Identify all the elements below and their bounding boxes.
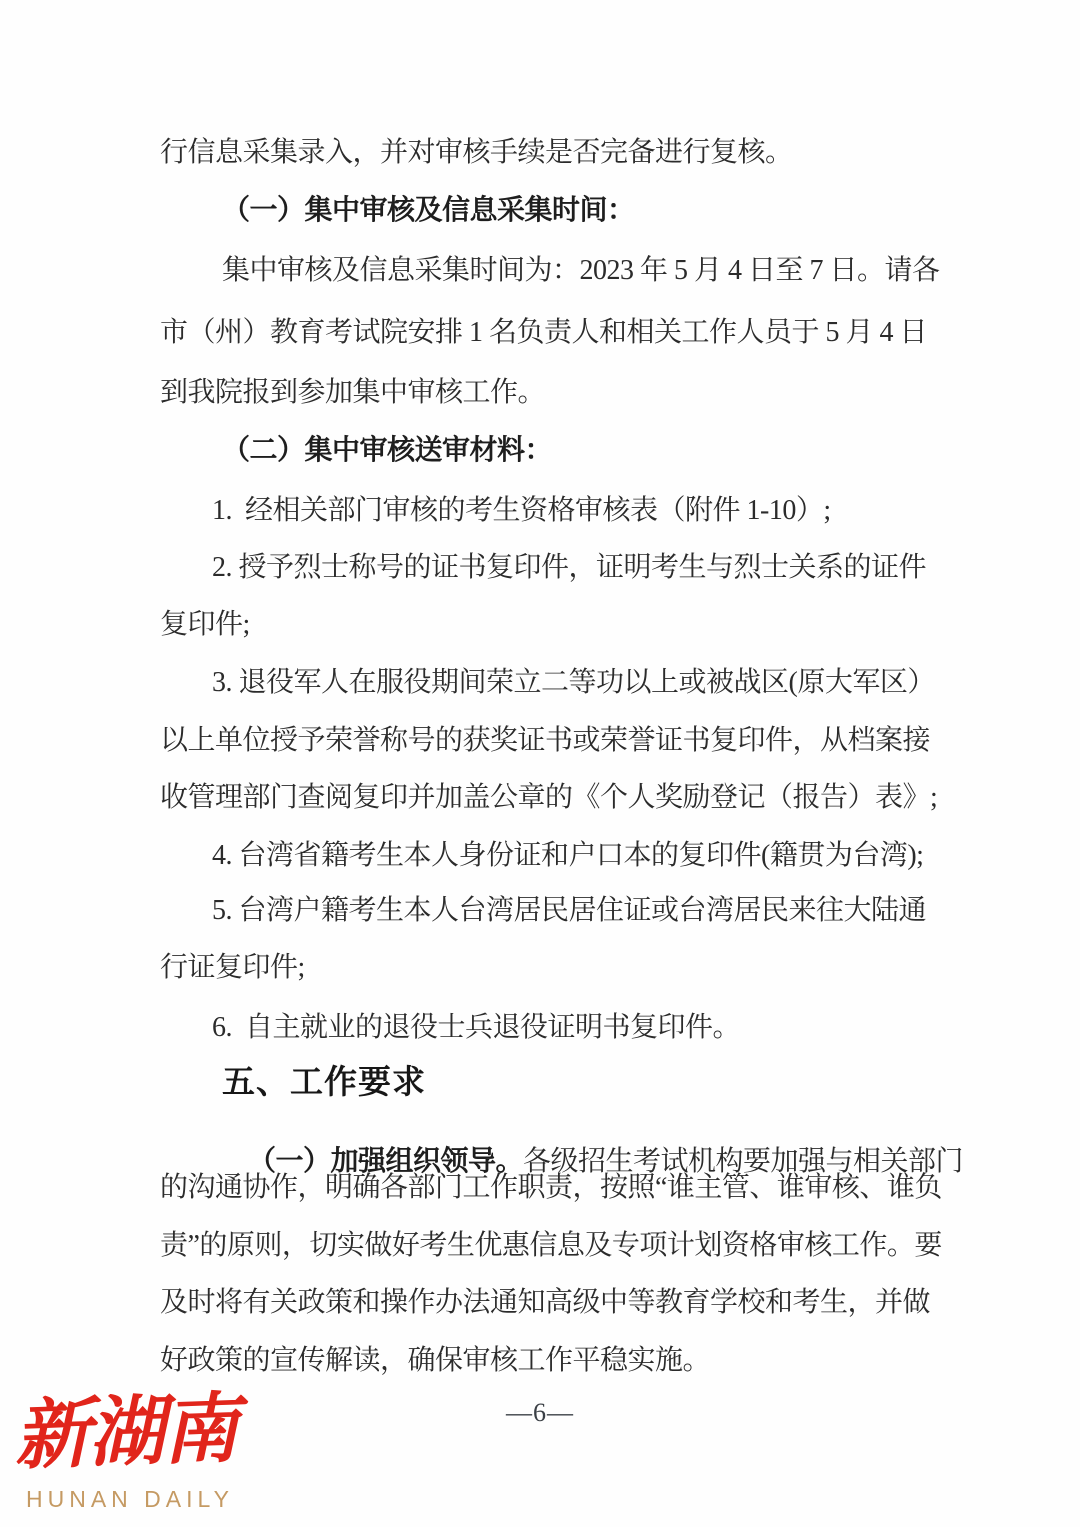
text-line: 及时将有关政策和操作办法通知高级中等教育学校和考生，并做 bbox=[160, 1280, 1020, 1320]
text-line: 好政策的宣传解读，确保审核工作平稳实施。 bbox=[160, 1338, 1020, 1378]
text-line: 的沟通协作，明确各部门工作职责，按照“谁主管、谁审核、谁负 bbox=[160, 1165, 1020, 1205]
logo-chinese-calligraphy: 新湖南 bbox=[13, 1383, 276, 1482]
section-heading-materials: （二）集中审核送审材料： bbox=[160, 428, 1080, 468]
section-heading-work-requirements: 五、工作要求 bbox=[160, 1056, 1080, 1103]
text-line: 责”的原则，切实做好考生优惠信息及专项计划资格审核工作。要 bbox=[160, 1223, 1020, 1263]
list-item-3: 3. 退役军人在服役期间荣立二等功以上或被战区(原大军区） bbox=[160, 660, 1072, 700]
text-line: 到我院报到参加集中审核工作。 bbox=[160, 370, 1020, 410]
document-page: 行信息采集录入，并对审核手续是否完备进行复核。 （一）集中审核及信息采集时间： … bbox=[0, 0, 1080, 1527]
logo-english-wordmark: HUNAN DAILY bbox=[26, 1486, 276, 1513]
text-line: 以上单位授予荣誉称号的获奖证书或荣誉证书复印件，从档案接 bbox=[160, 718, 1020, 758]
section-heading-collection-time: （一）集中审核及信息采集时间： bbox=[160, 188, 1080, 228]
text-line: 收管理部门查阅复印并加盖公章的《个人奖励登记（报告）表》; bbox=[160, 775, 1020, 815]
list-item-4: 4. 台湾省籍考生本人身份证和户口本的复印件(籍贯为台湾); bbox=[160, 833, 1072, 873]
text-line: 行证复印件; bbox=[160, 945, 1020, 985]
list-item-6: 6. 自主就业的退役士兵退役证明书复印件。 bbox=[160, 1005, 1072, 1045]
text-line: 市（州）教育考试院安排 1 名负责人和相关工作人员于 5 月 4 日 bbox=[160, 310, 1020, 350]
list-item-5: 5. 台湾户籍考生本人台湾居民居住证或台湾居民来往大陆通 bbox=[160, 888, 1072, 928]
text-line: 行信息采集录入，并对审核手续是否完备进行复核。 bbox=[160, 130, 1020, 170]
list-item-1: 1. 经相关部门审核的考生资格审核表（附件 1-10）; bbox=[160, 488, 1072, 528]
text-line: 复印件; bbox=[160, 602, 1020, 642]
text-line: 集中审核及信息采集时间为：2023 年 5 月 4 日至 7 日。请各 bbox=[160, 248, 1080, 288]
hunan-daily-logo: 新湖南 HUNAN DAILY bbox=[16, 1392, 276, 1513]
list-item-2: 2. 授予烈士称号的证书复印件，证明考生与烈士关系的证件 bbox=[160, 545, 1072, 585]
